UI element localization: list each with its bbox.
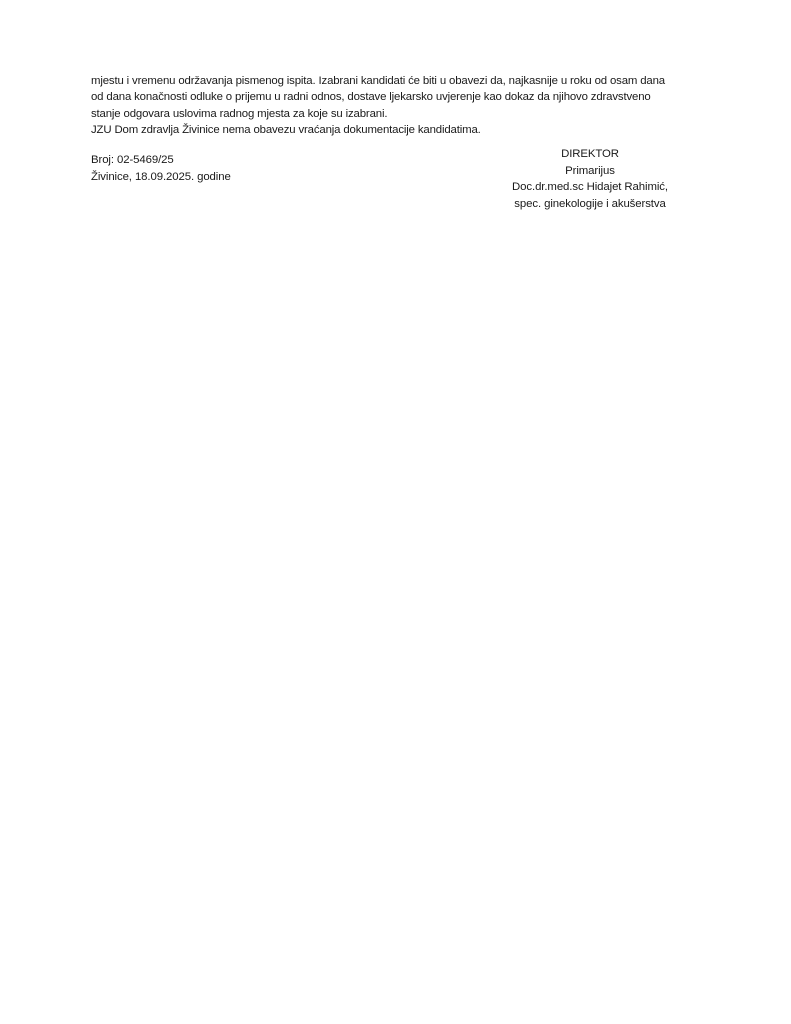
signature-title: DIREKTOR	[470, 146, 710, 163]
closing-paragraph: mjestu i vremenu održavanja pismenog isp…	[91, 73, 711, 138]
document-meta: Broj: 02-5469/25 Živinice, 18.09.2025. g…	[91, 152, 231, 185]
document-page: mjestu i vremenu održavanja pismenog isp…	[0, 0, 791, 1024]
paragraph-line: mjestu i vremenu održavanja pismenog isp…	[91, 73, 711, 89]
paragraph-line: od dana konačnosti odluke o prijemu u ra…	[91, 89, 711, 105]
reference-number: Broj: 02-5469/25	[91, 152, 231, 169]
place-and-date: Živinice, 18.09.2025. godine	[91, 169, 231, 186]
paragraph-line: stanje odgovara uslovima radnog mjesta z…	[91, 106, 711, 122]
signature-block: DIREKTOR Primarijus Doc.dr.med.sc Hidaje…	[470, 146, 710, 212]
signature-name: Doc.dr.med.sc Hidajet Rahimić,	[470, 179, 710, 196]
signature-specialty: spec. ginekologije i akušerstva	[470, 196, 710, 213]
signature-rank: Primarijus	[470, 163, 710, 180]
paragraph-line: JZU Dom zdravlja Živinice nema obavezu v…	[91, 122, 711, 138]
